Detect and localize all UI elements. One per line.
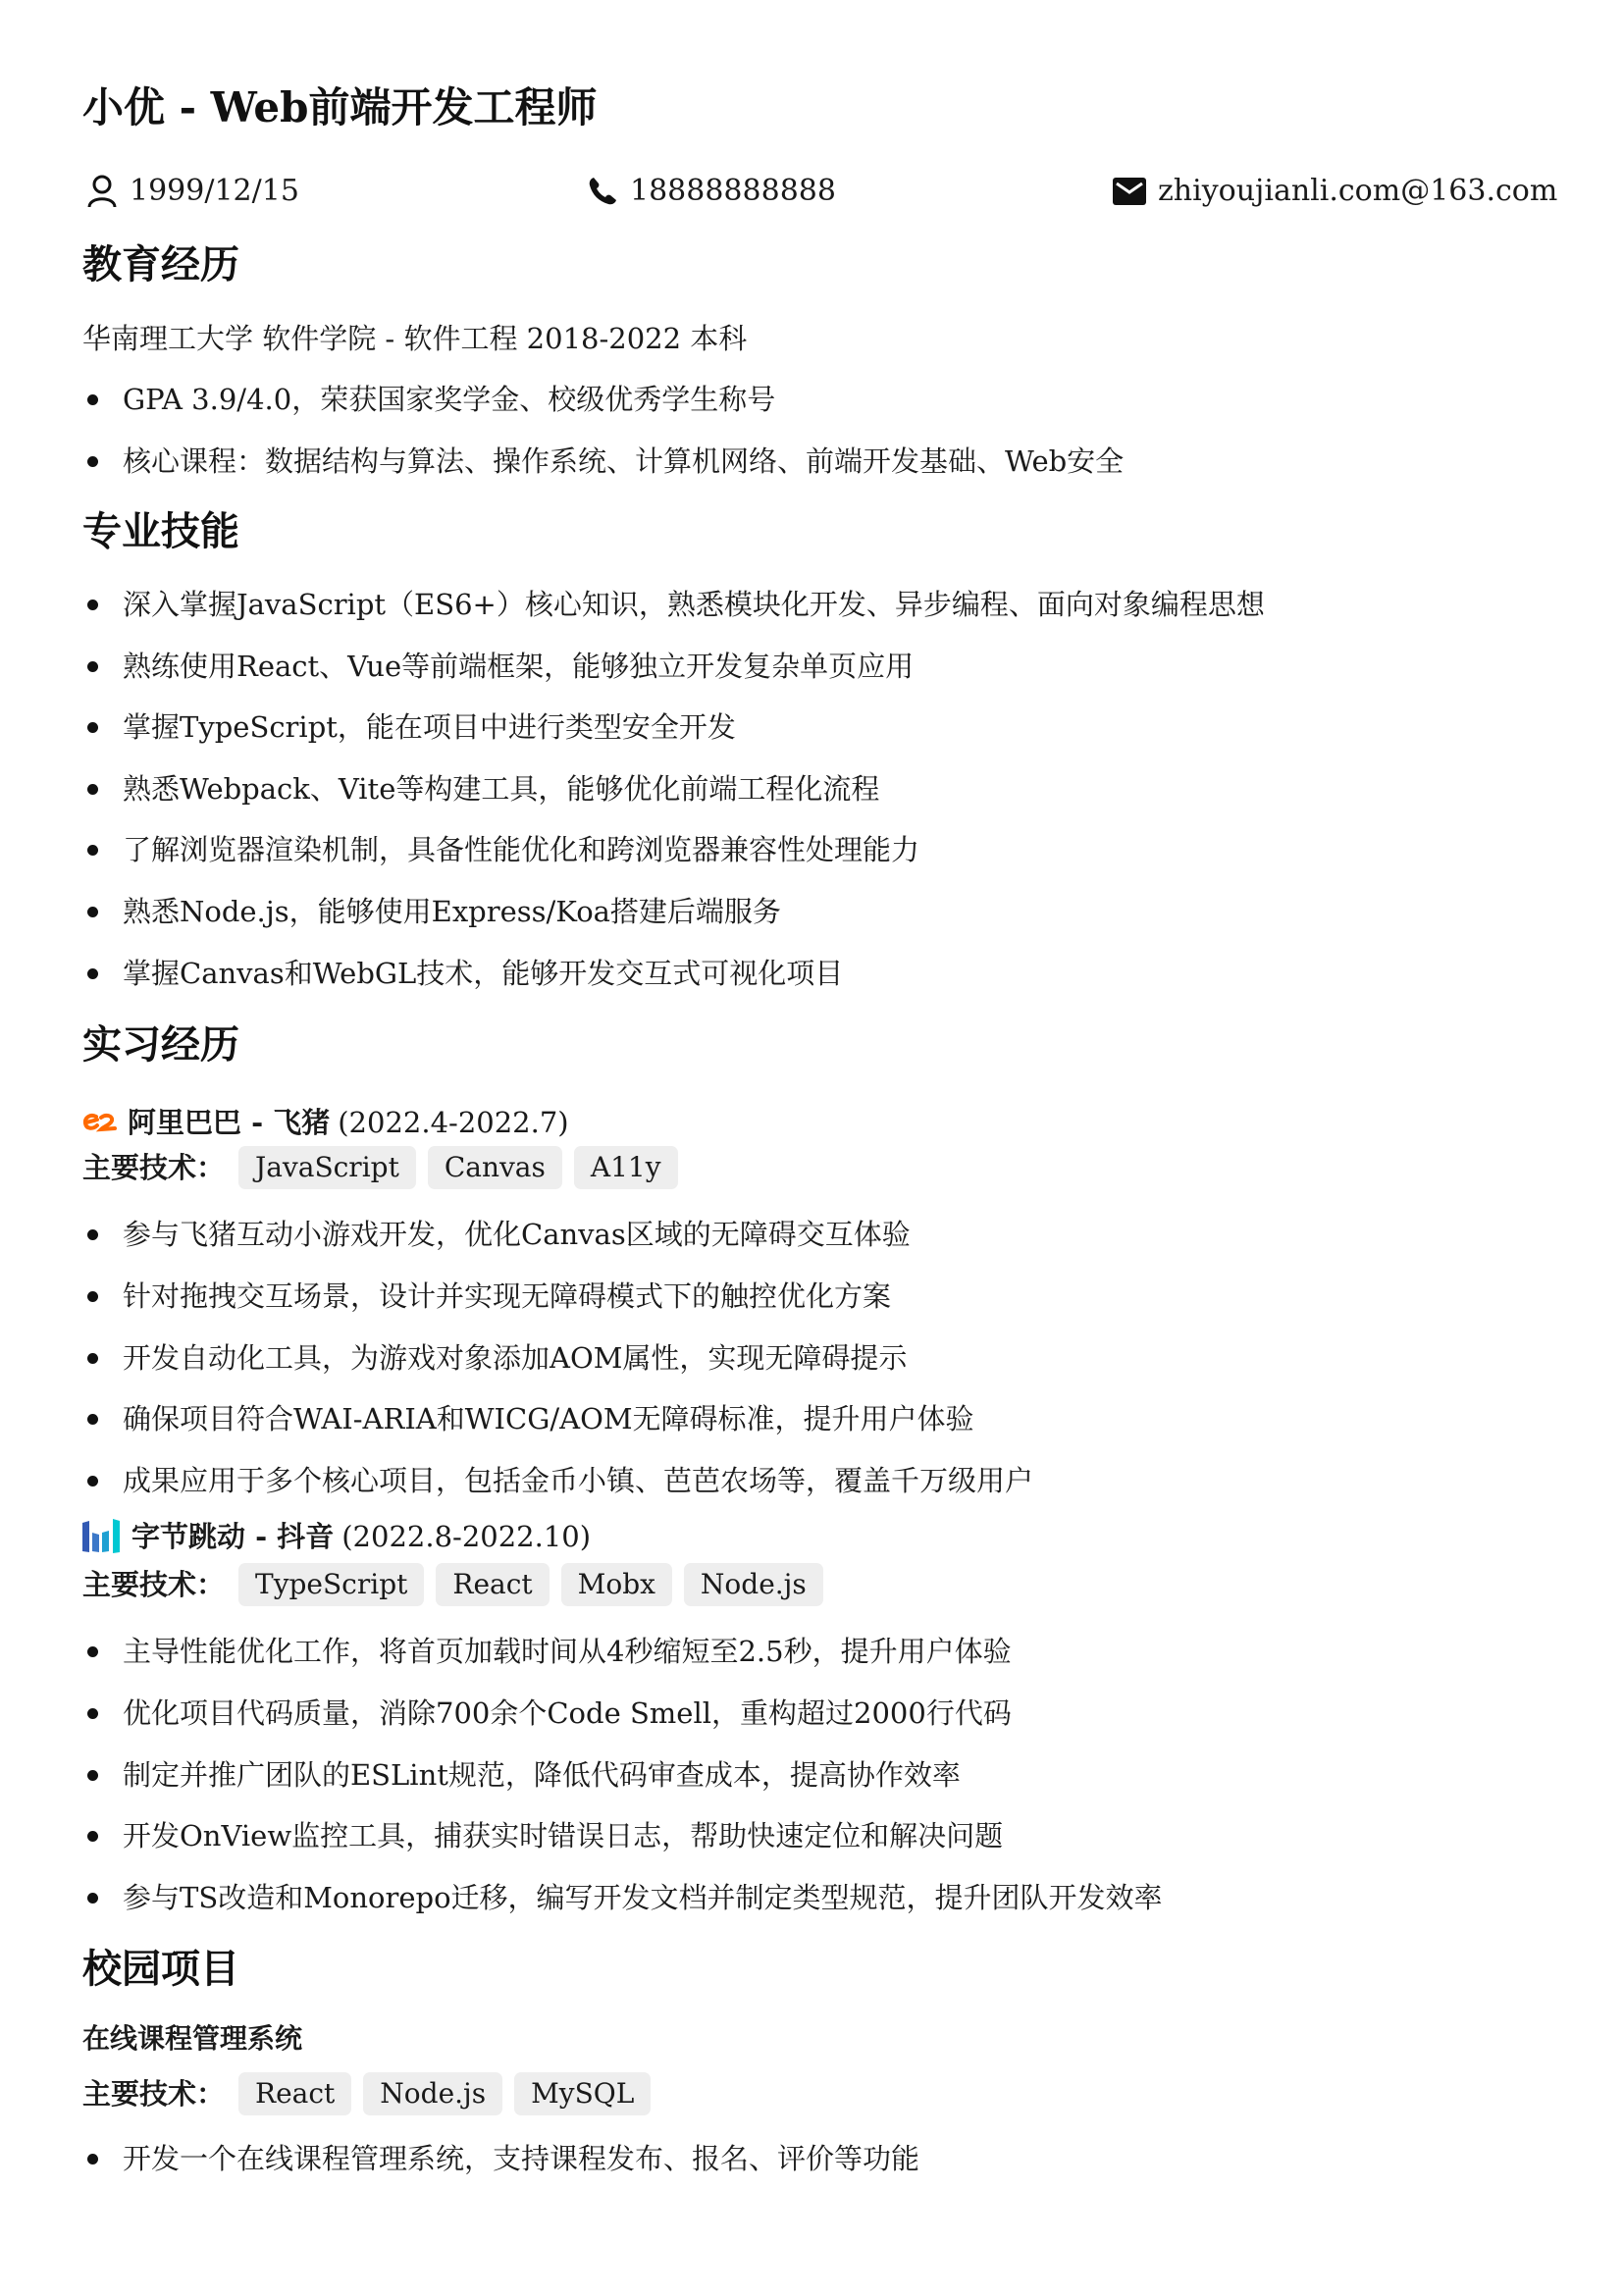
resume-page: 小优 - Web前端开发工程师 1999/12/15 18888888888 z… bbox=[0, 0, 1624, 2295]
bullet-dot bbox=[87, 2154, 98, 2165]
phone-text: 18888888888 bbox=[630, 170, 836, 213]
list-item: 确保项目符合WAI-ARIA和WICG/AOM无障碍标准，提升用户体验 bbox=[82, 1399, 974, 1438]
tech-tag: MySQL bbox=[514, 2072, 651, 2115]
bullet-dot bbox=[87, 1353, 98, 1364]
tech-tag: React bbox=[238, 2072, 351, 2115]
tech-label: 主要技术： bbox=[82, 1146, 225, 1189]
section-heading-education: 教育经历 bbox=[82, 240, 239, 289]
tech-tag: Mobx bbox=[561, 1563, 672, 1606]
bullet-dot bbox=[87, 600, 98, 610]
list-item: 熟悉Node.js，能够使用Express/Koa搭建后端服务 bbox=[82, 892, 781, 931]
bullet-dot bbox=[87, 1229, 98, 1240]
list-item: 开发OnView监控工具，捕获实时错误日志，帮助快速定位和解决问题 bbox=[82, 1816, 1003, 1855]
bullet-dot bbox=[87, 1646, 98, 1657]
list-item: 熟悉Webpack、Vite等构建工具，能够优化前端工程化流程 bbox=[82, 769, 879, 808]
tech-tag: JavaScript bbox=[238, 1146, 416, 1189]
tech-tag: Canvas bbox=[428, 1146, 562, 1189]
bullet-dot bbox=[87, 1291, 98, 1302]
company-name: 字节跳动 - 抖音 bbox=[131, 1517, 334, 1556]
section-heading-projects: 校园项目 bbox=[82, 1945, 239, 1994]
bullet-dot bbox=[87, 1708, 98, 1719]
alibaba-logo-icon bbox=[82, 1112, 118, 1133]
project-title: 在线课程管理系统 bbox=[82, 2019, 302, 2059]
bullet-dot bbox=[87, 1770, 98, 1781]
bullet-dot bbox=[87, 456, 98, 467]
bullet-dot bbox=[87, 394, 98, 405]
resume-title: 小优 - Web前端开发工程师 bbox=[82, 82, 598, 133]
tech-tag: React bbox=[436, 1563, 549, 1606]
contact-phone: 18888888888 bbox=[587, 170, 836, 213]
section-heading-skills: 专业技能 bbox=[82, 507, 239, 556]
list-item: 了解浏览器渲染机制，具备性能优化和跨浏览器兼容性处理能力 bbox=[82, 830, 919, 869]
list-item: 成果应用于多个核心项目，包括金币小镇、芭芭农场等，覆盖千万级用户 bbox=[82, 1461, 1033, 1500]
bullet-dot bbox=[87, 907, 98, 917]
internship-period: (2022.4-2022.7) bbox=[338, 1103, 568, 1142]
phone-icon bbox=[587, 176, 618, 207]
email-text: zhiyoujianli.com@163.com bbox=[1158, 170, 1557, 213]
bullet-dot bbox=[87, 1893, 98, 1904]
tech-label: 主要技术： bbox=[82, 1563, 225, 1606]
list-item: 开发一个在线课程管理系统，支持课程发布、报名、评价等功能 bbox=[82, 2139, 919, 2178]
section-heading-internships: 实习经历 bbox=[82, 1020, 239, 1069]
tech-label: 主要技术： bbox=[82, 2072, 225, 2115]
list-item: 核心课程：数据结构与算法、操作系统、计算机网络、前端开发基础、Web安全 bbox=[82, 442, 1124, 481]
list-item: 制定并推广团队的ESLint规范，降低代码审查成本，提高协作效率 bbox=[82, 1755, 961, 1795]
list-item: 深入掌握JavaScript（ES6+）核心知识，熟悉模块化开发、异步编程、面向… bbox=[82, 585, 1265, 624]
bullet-dot bbox=[87, 1831, 98, 1842]
list-item: 熟练使用React、Vue等前端框架，能够独立开发复杂单页应用 bbox=[82, 647, 914, 686]
tech-tag: Node.js bbox=[363, 2072, 502, 2115]
internship-header-alibaba: 阿里巴巴 - 飞猪 (2022.4-2022.7) bbox=[82, 1103, 569, 1142]
bullet-dot bbox=[87, 784, 98, 795]
list-item: 参与TS改造和Monorepo迁移，编写开发文档并制定类型规范，提升团队开发效率 bbox=[82, 1878, 1163, 1917]
contact-birthday: 1999/12/15 bbox=[86, 170, 299, 213]
list-item: 优化项目代码质量，消除700余个Code Smell，重构超过2000行代码 bbox=[82, 1694, 1012, 1733]
list-item: 针对拖拽交互场景，设计并实现无障碍模式下的触控优化方案 bbox=[82, 1277, 891, 1316]
list-item: 开发自动化工具，为游戏对象添加AOM属性，实现无障碍提示 bbox=[82, 1338, 907, 1378]
internship-period: (2022.8-2022.10) bbox=[341, 1517, 591, 1556]
tech-tag: TypeScript bbox=[238, 1563, 424, 1606]
contact-email: zhiyoujianli.com@163.com bbox=[1113, 170, 1557, 213]
list-item: GPA 3.9/4.0，荣获国家奖学金、校级优秀学生称号 bbox=[82, 380, 775, 419]
tech-row: 主要技术： TypeScript React Mobx Node.js bbox=[82, 1563, 835, 1606]
bullet-dot bbox=[87, 722, 98, 733]
tech-tag: Node.js bbox=[684, 1563, 823, 1606]
birthday-text: 1999/12/15 bbox=[130, 170, 299, 213]
company-name: 阿里巴巴 - 飞猪 bbox=[128, 1103, 330, 1142]
person-icon bbox=[86, 175, 118, 208]
bullet-dot bbox=[87, 968, 98, 979]
tech-row: 主要技术： JavaScript Canvas A11y bbox=[82, 1146, 690, 1189]
bullet-dot bbox=[87, 661, 98, 672]
list-item: 掌握TypeScript，能在项目中进行类型安全开发 bbox=[82, 707, 736, 747]
tech-tag: A11y bbox=[574, 1146, 678, 1189]
list-item: 掌握Canvas和WebGL技术，能够开发交互式可视化项目 bbox=[82, 954, 843, 993]
list-item: 参与飞猪互动小游戏开发，优化Canvas区域的无障碍交互体验 bbox=[82, 1215, 911, 1254]
list-item: 主导性能优化工作，将首页加载时间从4秒缩短至2.5秒，提升用户体验 bbox=[82, 1632, 1012, 1671]
internship-header-bytedance: 字节跳动 - 抖音 (2022.8-2022.10) bbox=[82, 1517, 591, 1556]
mail-icon bbox=[1113, 178, 1146, 205]
bullet-dot bbox=[87, 845, 98, 856]
tech-row: 主要技术： React Node.js MySQL bbox=[82, 2072, 662, 2115]
school-line: 华南理工大学 软件学院 - 软件工程 2018-2022 本科 bbox=[82, 319, 747, 358]
bullet-dot bbox=[87, 1414, 98, 1425]
bullet-dot bbox=[87, 1476, 98, 1487]
bytedance-logo-icon bbox=[82, 1519, 122, 1554]
